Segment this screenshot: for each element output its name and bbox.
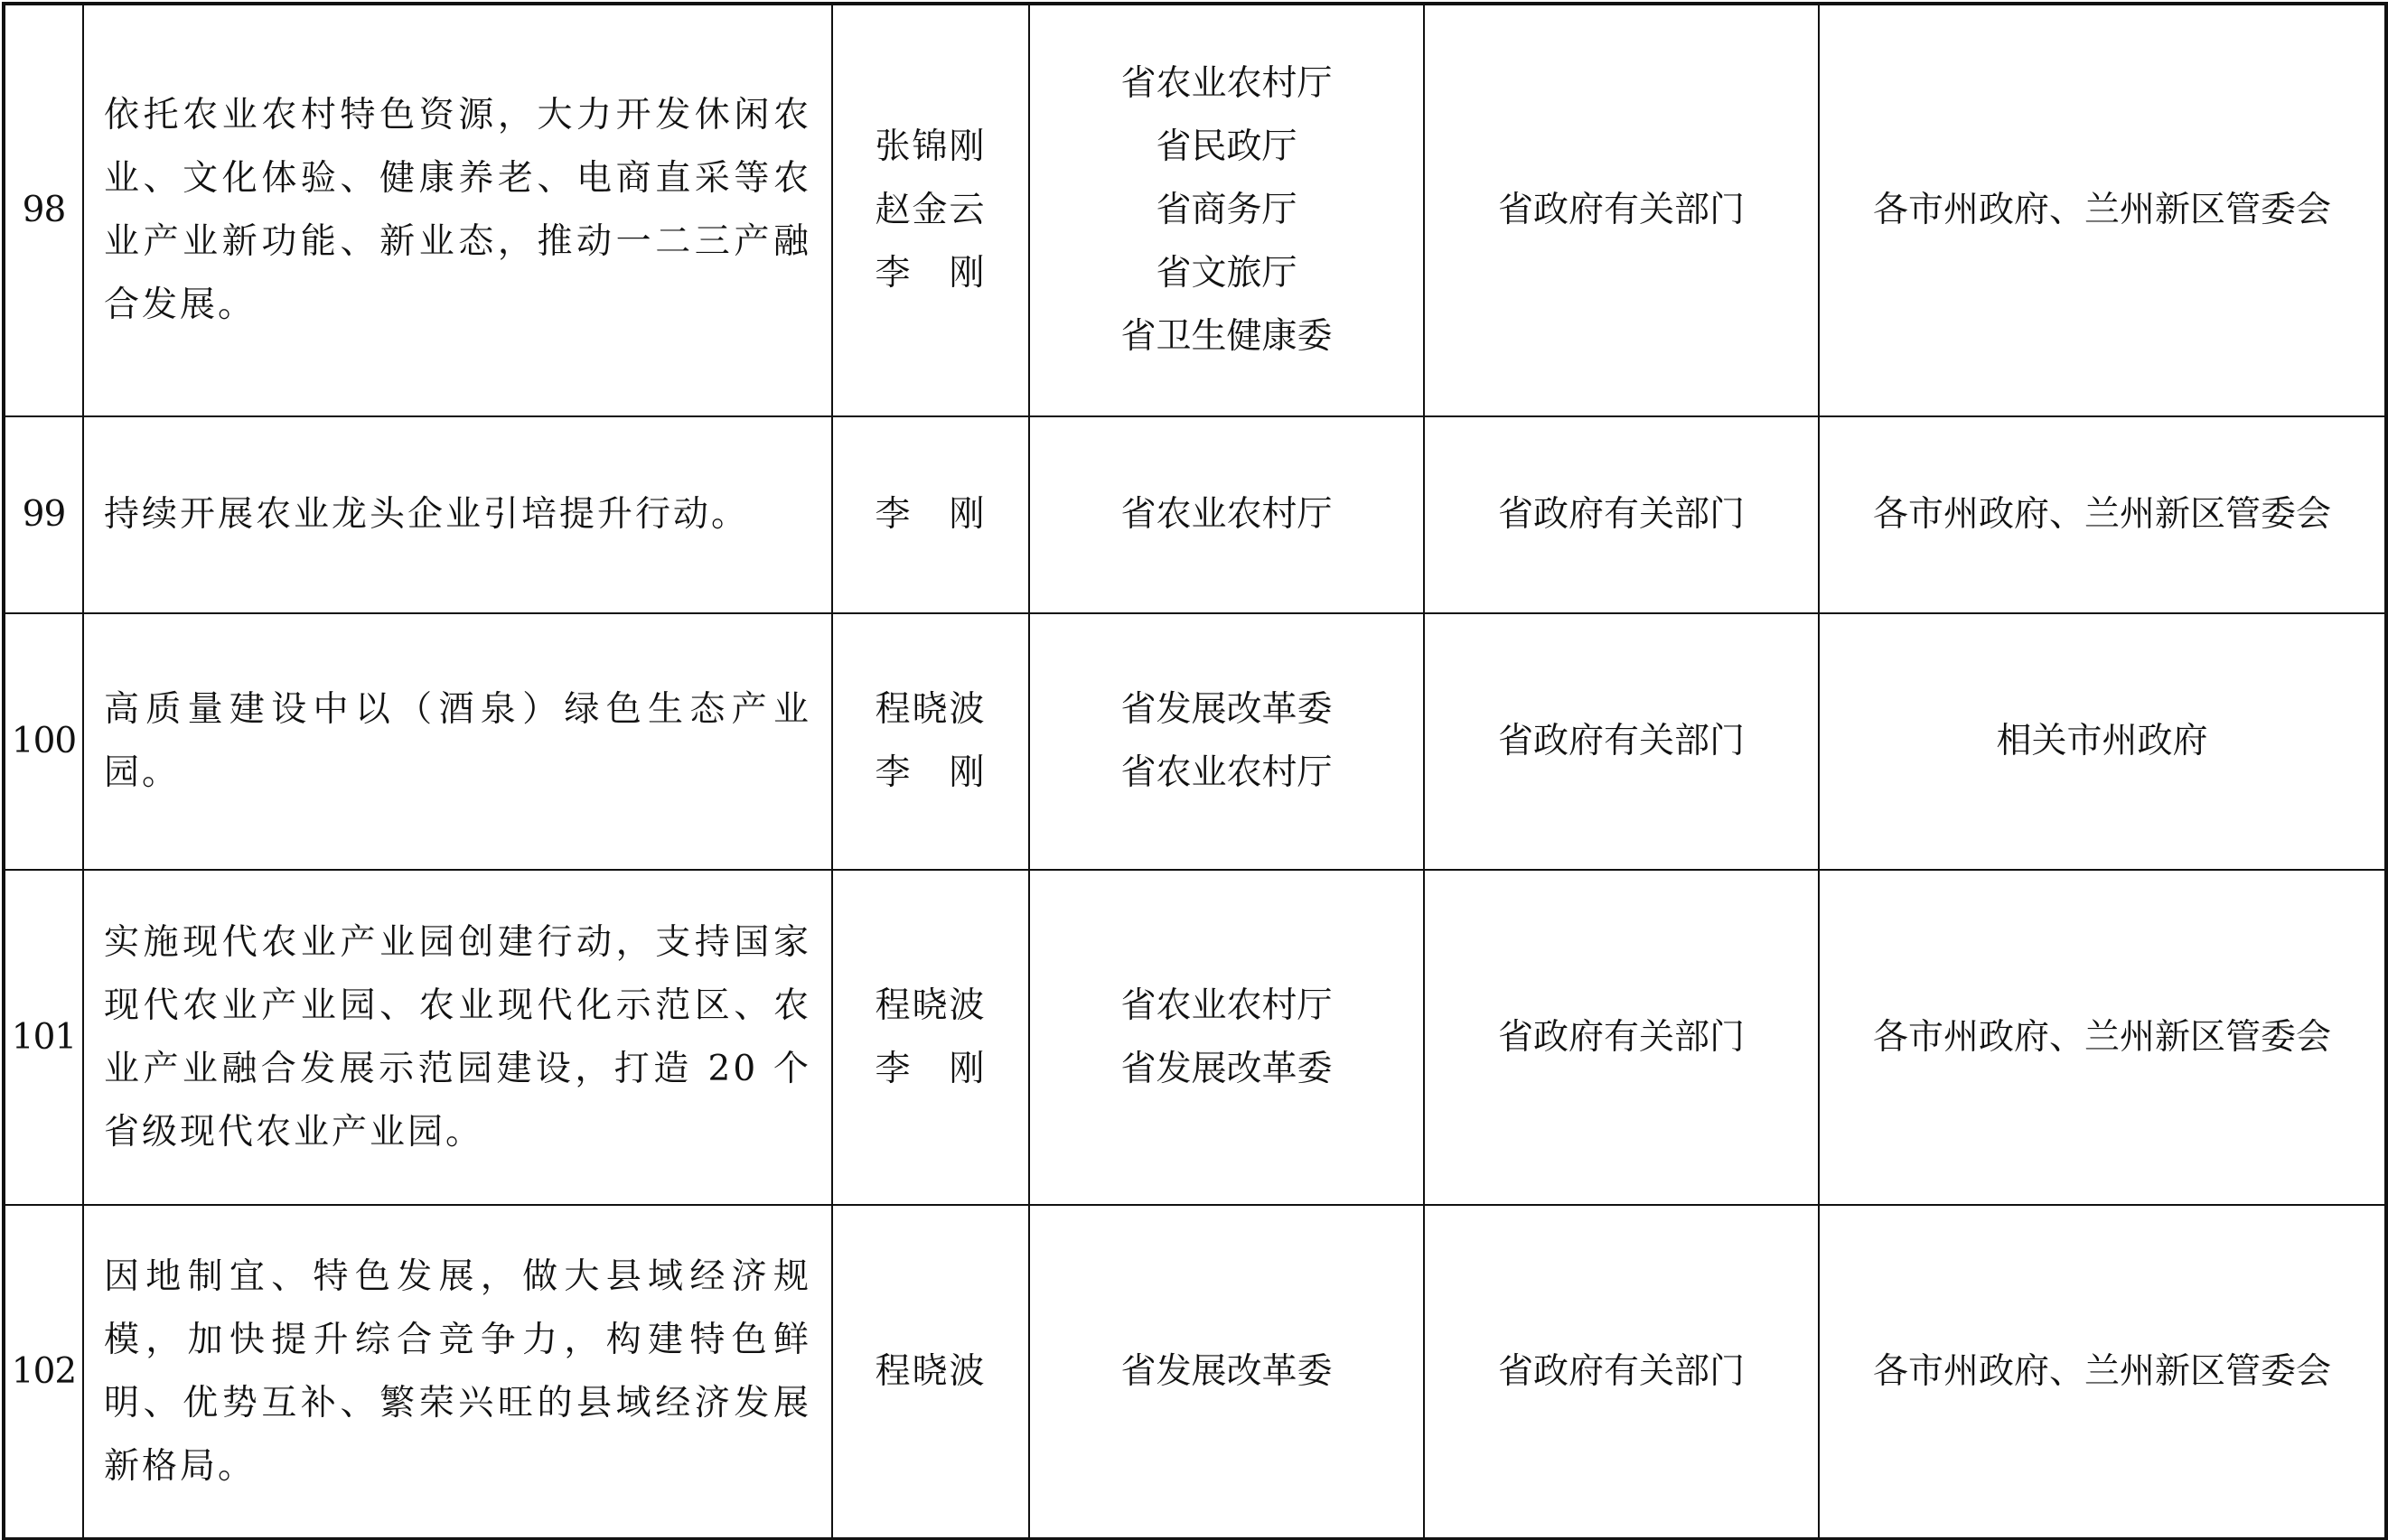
row-number: 102 xyxy=(4,1205,83,1539)
leader-name: 李 刚 xyxy=(833,1038,1028,1101)
table-row: 102 因地制宜、特色发展，做大县域经济规模，加快提升综合竞争力，构建特色鲜明、… xyxy=(4,1205,2386,1539)
leader-name: 李 刚 xyxy=(833,242,1028,305)
department-name: 省发展改革委 xyxy=(1030,1340,1423,1404)
row-number: 101 xyxy=(4,870,83,1205)
leader-name: 张锦刚 xyxy=(833,116,1028,179)
local-responsible-units: 相关市州政府 xyxy=(1819,613,2386,870)
lead-departments: 省农业农村厅 省民政厅 省商务厅 省文旅厅 省卫生健康委 xyxy=(1029,4,1424,416)
responsible-leaders: 程晓波 李 刚 xyxy=(832,613,1029,870)
responsible-leaders: 张锦刚 赵金云 李 刚 xyxy=(832,4,1029,416)
department-name: 省农业农村厅 xyxy=(1030,483,1423,546)
row-number: 100 xyxy=(4,613,83,870)
task-description: 高质量建设中以（酒泉）绿色生态产业园。 xyxy=(83,613,832,870)
cooperating-units: 省政府有关部门 xyxy=(1424,613,1819,870)
task-description: 因地制宜、特色发展，做大县域经济规模，加快提升综合竞争力，构建特色鲜明、优势互补… xyxy=(83,1205,832,1539)
cooperating-units: 省政府有关部门 xyxy=(1424,4,1819,416)
table-row: 99 持续开展农业龙头企业引培提升行动。 李 刚 省农业农村厅 省政府有关部门 … xyxy=(4,416,2386,613)
leader-name: 程晓波 xyxy=(833,975,1028,1038)
department-name: 省文旅厅 xyxy=(1030,242,1423,305)
department-name: 省商务厅 xyxy=(1030,179,1423,242)
responsible-leaders: 程晓波 xyxy=(832,1205,1029,1539)
lead-departments: 省农业农村厅 省发展改革委 xyxy=(1029,870,1424,1205)
lead-departments: 省农业农村厅 xyxy=(1029,416,1424,613)
department-name: 省农业农村厅 xyxy=(1030,975,1423,1038)
table-row: 100 高质量建设中以（酒泉）绿色生态产业园。 程晓波 李 刚 省发展改革委 省… xyxy=(4,613,2386,870)
cooperating-units: 省政府有关部门 xyxy=(1424,416,1819,613)
task-description: 持续开展农业龙头企业引培提升行动。 xyxy=(83,416,832,613)
local-responsible-units: 各市州政府、兰州新区管委会 xyxy=(1819,1205,2386,1539)
responsible-leaders: 李 刚 xyxy=(832,416,1029,613)
local-responsible-units: 各市州政府、兰州新区管委会 xyxy=(1819,416,2386,613)
lead-departments: 省发展改革委 xyxy=(1029,1205,1424,1539)
local-responsible-units: 各市州政府、兰州新区管委会 xyxy=(1819,4,2386,416)
department-name: 省卫生健康委 xyxy=(1030,305,1423,369)
task-description: 依托农业农村特色资源，大力开发休闲农业、文化体验、健康养老、电商直采等农业产业新… xyxy=(83,4,832,416)
leader-name: 程晓波 xyxy=(833,678,1028,742)
leader-name: 程晓波 xyxy=(833,1340,1028,1404)
task-assignment-table: 98 依托农业农村特色资源，大力开发休闲农业、文化体验、健康养老、电商直采等农业… xyxy=(2,2,2388,1540)
department-name: 省农业农村厅 xyxy=(1030,52,1423,116)
lead-departments: 省发展改革委 省农业农村厅 xyxy=(1029,613,1424,870)
task-description: 实施现代农业产业园创建行动，支持国家现代农业产业园、农业现代化示范区、农业产业融… xyxy=(83,870,832,1205)
row-number: 99 xyxy=(4,416,83,613)
department-name: 省发展改革委 xyxy=(1030,1038,1423,1101)
table-row: 98 依托农业农村特色资源，大力开发休闲农业、文化体验、健康养老、电商直采等农业… xyxy=(4,4,2386,416)
department-name: 省发展改革委 xyxy=(1030,678,1423,742)
leader-name: 李 刚 xyxy=(833,742,1028,805)
row-number: 98 xyxy=(4,4,83,416)
responsible-leaders: 程晓波 李 刚 xyxy=(832,870,1029,1205)
table-row: 101 实施现代农业产业园创建行动，支持国家现代农业产业园、农业现代化示范区、农… xyxy=(4,870,2386,1205)
leader-name: 李 刚 xyxy=(833,483,1028,546)
local-responsible-units: 各市州政府、兰州新区管委会 xyxy=(1819,870,2386,1205)
department-name: 省农业农村厅 xyxy=(1030,742,1423,805)
cooperating-units: 省政府有关部门 xyxy=(1424,870,1819,1205)
cooperating-units: 省政府有关部门 xyxy=(1424,1205,1819,1539)
leader-name: 赵金云 xyxy=(833,179,1028,242)
department-name: 省民政厅 xyxy=(1030,116,1423,179)
